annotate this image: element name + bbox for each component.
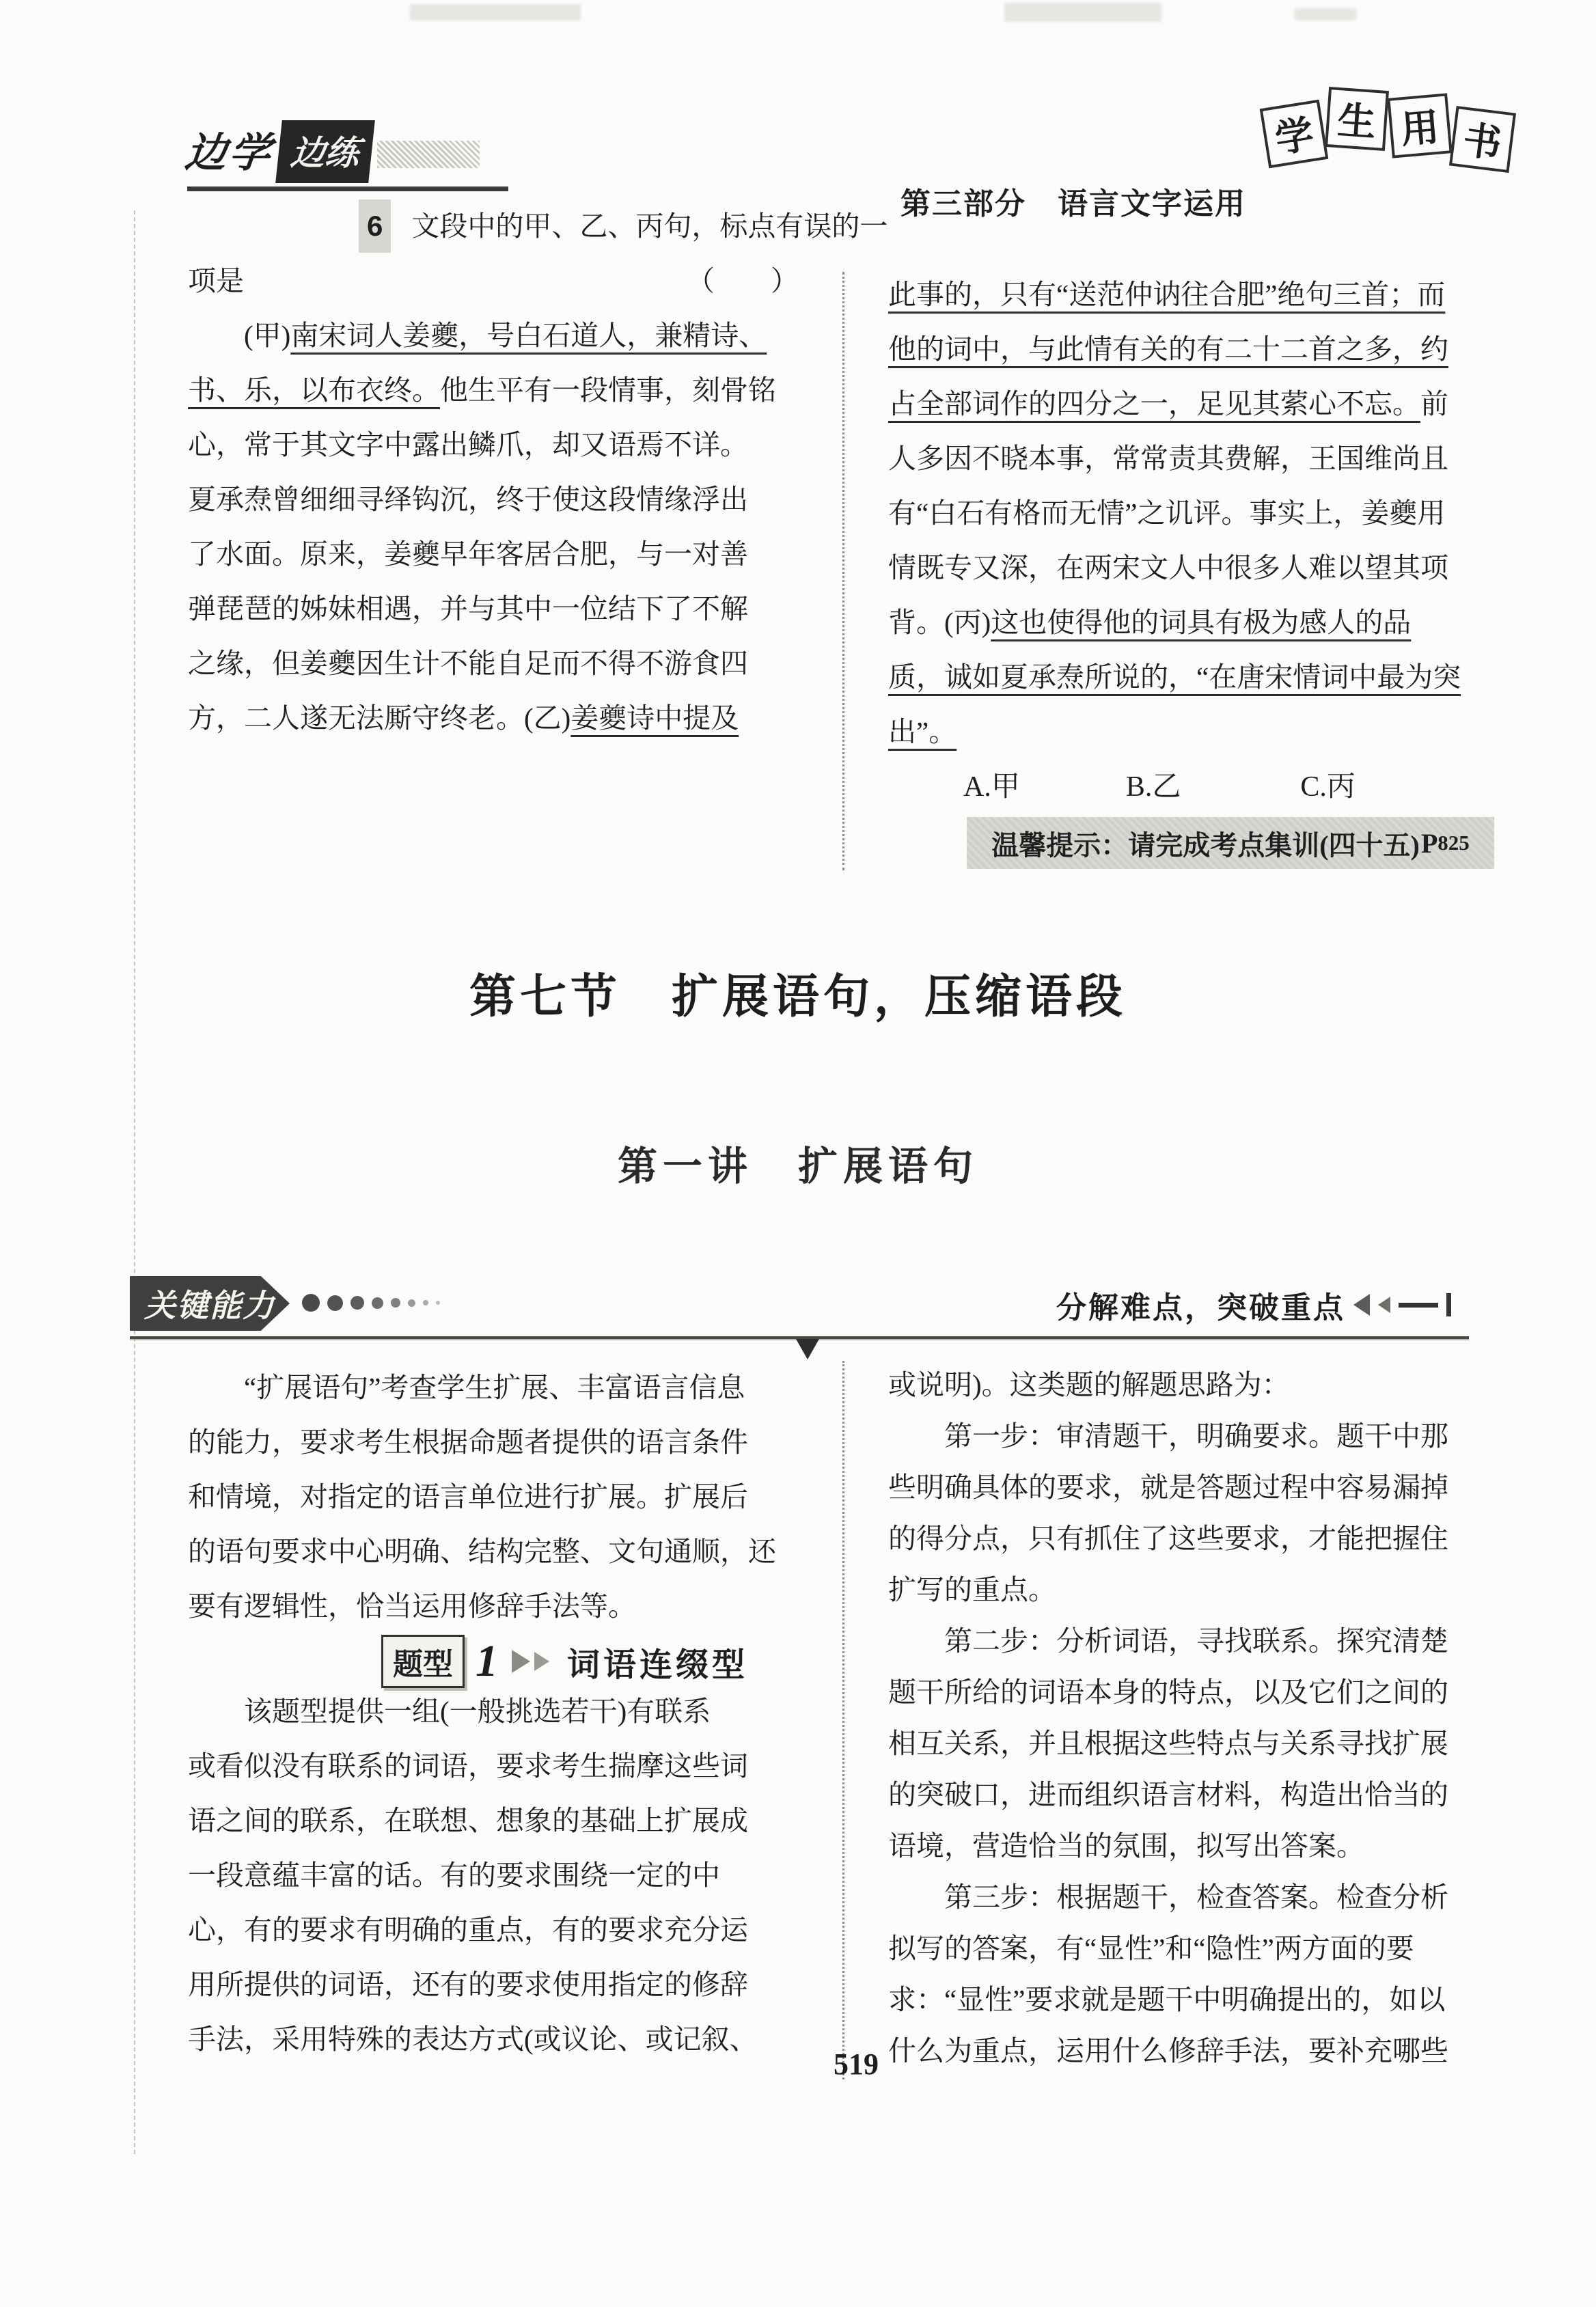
- text-line: 方，二人遂无法厮守终老。(乙)姜夔诗中提及: [188, 691, 803, 746]
- textbook-page: 第三部分 语言文字运用 学 生 用 书 边学边练 6文段中的甲、乙、丙句，标点有…: [0, 0, 1596, 2307]
- text-line: 该题型提供一组(一般挑选若干)有联系: [188, 1685, 803, 1739]
- text-segment: 第一步：审清题干，明确要求。题干中那: [888, 1420, 1448, 1452]
- text-line: 占全部词作的四分之一，足见其萦心不忘。前: [888, 377, 1503, 432]
- expand-body-left-column: 该题型提供一组(一般挑选若干)有联系或看似没有联系的词语，要求考生揣摩这些词语之…: [188, 1685, 803, 2067]
- text-segment: 或说明)。这类题的解题思路为：: [888, 1369, 1290, 1400]
- text-line: 了水面。原来，姜夔早年客居合肥，与一对善: [188, 527, 803, 582]
- question-number-badge: 6: [359, 199, 391, 253]
- scan-noise: [1004, 3, 1161, 22]
- student-book-stamp: 学 生 用 书: [1264, 85, 1517, 187]
- text-line: 语境，营造恰当的氛围，拟写出答案。: [888, 1821, 1503, 1872]
- text-line: 拟写的答案，有“显性”和“隐性”两方面的要: [888, 1923, 1503, 1974]
- text-segment: 方，二人遂无法厮守终老。(乙): [188, 702, 570, 734]
- text-line: 和情境，对指定的语言单位进行扩展。扩展后: [188, 1470, 803, 1525]
- text-line: 题干所给的词语本身的特点，以及它们之间的: [888, 1667, 1503, 1718]
- text-line: 的得分点，只有抓住了这些要求，才能把握住: [888, 1513, 1503, 1564]
- text-segment: “扩展语句”考查学生扩展、丰富语言信息: [188, 1372, 745, 1403]
- text-line: 第二步：分析词语，寻找联系。探究清楚: [888, 1616, 1503, 1667]
- text-line: 或说明)。这类题的解题思路为：: [888, 1359, 1503, 1411]
- text-line: 要有逻辑性，恰当运用修辞手法等。: [188, 1579, 803, 1634]
- text-segment: 夏承焘曾细细寻绎钩沉，终于使这段情缘浮出: [188, 484, 748, 515]
- lecture-title: 第一讲 扩展语句: [0, 1134, 1596, 1191]
- type-title: 词语连缀型: [567, 1638, 748, 1685]
- text-segment: 前: [1420, 388, 1448, 419]
- left-arrow-icon: [1378, 1297, 1390, 1313]
- text-line: 背。(丙)这也使得他的词具有极为感人的品: [888, 596, 1503, 650]
- answer-bracket: （ ）: [687, 254, 799, 307]
- text-line: 心，有的要求有明确的重点，有的要求充分运: [188, 1903, 803, 1958]
- text-segment: 拟写的答案，有“显性”和“隐性”两方面的要: [888, 1933, 1414, 1964]
- text-line: 的能力，要求考生根据命题者提供的语言条件: [188, 1415, 803, 1470]
- text-segment: 要有逻辑性，恰当运用修辞手法等。: [188, 1590, 636, 1622]
- tip-label: 温馨提示：: [991, 824, 1128, 863]
- fading-dots-icon: [302, 1294, 440, 1312]
- text-segment: 人多因不晓本事，常常责其费解，王国维尚且: [888, 443, 1448, 474]
- tip-page-ref-number: 825: [1437, 831, 1470, 855]
- text-segment: 之缘，但姜夔因生计不能自足而不得不游食四: [188, 648, 748, 679]
- underlined-text: 此事的，只有“送范仲讷往合肥”绝句三首；而: [888, 279, 1445, 310]
- text-line: 他的词中，与此情有关的有二十二首之多，约: [888, 322, 1503, 377]
- down-triangle-icon: [796, 1339, 819, 1359]
- expand-body-right-column: 或说明)。这类题的解题思路为： 第一步：审清题干，明确要求。题干中那些明确具体的…: [888, 1359, 1503, 2077]
- text-line: 些明确具体的要求，就是答题过程中容易漏掉: [888, 1462, 1503, 1513]
- practice-logo: 边学边练: [186, 120, 480, 186]
- right-arrow-icon: [534, 1652, 549, 1671]
- text-segment: 的能力，要求考生根据命题者提供的语言条件: [188, 1426, 748, 1458]
- text-line: 求：“显性”要求就是题干中明确提出的，如以: [888, 1974, 1503, 2026]
- text-line: 第三步：根据题干，检查答案。检查分析: [888, 1872, 1503, 1923]
- text-line: 手法，采用特殊的表达方式(或议论、或记叙、: [188, 2013, 803, 2067]
- text-segment: 心，有的要求有明确的重点，有的要求充分运: [188, 1914, 748, 1946]
- underlined-text: 姜夔诗中提及: [570, 702, 739, 734]
- page-number: 519: [798, 2047, 914, 2082]
- text-line: 书、乐，以布衣终。他生平有一段情事，刻骨铭: [188, 363, 803, 418]
- column-divider-bottom: [842, 1361, 844, 2080]
- practice-logo-front: 边学: [182, 120, 276, 179]
- text-line: 一段意蕴丰富的话。有的要求围绕一定的中: [188, 1849, 803, 1903]
- type-number: 1: [476, 1635, 498, 1687]
- text-line: (甲)南宋词人姜夔，号白石道人，兼精诗、: [188, 309, 803, 363]
- question-stem2-text: 项是: [188, 265, 244, 296]
- text-segment: 该题型提供一组(一般挑选若干)有联系: [188, 1696, 711, 1727]
- type-label-box: 题型: [381, 1635, 465, 1688]
- text-line: 相互关系，并且根据这些特点与关系寻找扩展: [888, 1718, 1503, 1769]
- text-segment: 求：“显性”要求就是题干中明确提出的，如以: [888, 1984, 1445, 2015]
- text-line: 的语句要求中心明确、结构完整、文句通顺，还: [188, 1525, 803, 1579]
- text-segment: 和情境，对指定的语言单位进行扩展。扩展后: [188, 1481, 748, 1512]
- text-line: 的突破口，进而组织语言材料，构造出恰当的: [888, 1769, 1503, 1821]
- underlined-text: 他的词中，与此情有关的有二十二首之多，约: [888, 333, 1448, 365]
- warm-tip-strip: 温馨提示：请完成考点集训(四十五)P825: [967, 817, 1494, 869]
- option-c: C.丙: [1300, 760, 1356, 814]
- text-segment: 用所提供的词语，还有的要求使用指定的修辞: [188, 1969, 748, 2000]
- text-segment: 背。(丙): [888, 607, 991, 638]
- text-line: 出”。: [888, 705, 1503, 760]
- text-segment: 一段意蕴丰富的话。有的要求围绕一定的中: [188, 1860, 720, 1891]
- text-segment: 手法，采用特殊的表达方式(或议论、或记叙、: [188, 2023, 758, 2055]
- text-line: 扩写的重点。: [888, 1564, 1503, 1616]
- underlined-text: 出”。: [888, 716, 957, 747]
- question-type-badge: 题型 1 词语连缀型: [381, 1630, 748, 1693]
- text-segment: 的得分点，只有抓住了这些要求，才能把握住: [888, 1523, 1448, 1554]
- text-line: 情既专又深，在两宋文人中很多人难以望其项: [888, 541, 1503, 596]
- expand-intro-column: “扩展语句”考查学生扩展、丰富语言信息的能力，要求考生根据命题者提供的语言条件和…: [188, 1361, 803, 1634]
- stamp-char-box: 书: [1449, 106, 1516, 173]
- question-stem-text: 文段中的甲、乙、丙句，标点有误的一: [411, 210, 888, 242]
- arrow-tick-icon: [1446, 1293, 1451, 1316]
- text-segment: 有“白石有格而无情”之讥评。事实上，姜夔用: [888, 497, 1445, 529]
- text-line: 心，常于其文字中露出鳞爪，却又语焉不详。: [188, 418, 803, 473]
- text-line: 第一步：审清题干，明确要求。题干中那: [888, 1411, 1503, 1462]
- text-line: 质，诚如夏承焘所说的，“在唐宋情词中最为突: [888, 650, 1503, 705]
- underlined-text: 占全部词作的四分之一，足见其萦心不忘。: [888, 388, 1420, 419]
- passage-right-column: 此事的，只有“送范仲讷往合肥”绝句三首；而他的词中，与此情有关的有二十二首之多，…: [888, 268, 1503, 760]
- banner-slogan: 分解难点，突破重点: [1056, 1283, 1345, 1327]
- text-segment: 些明确具体的要求，就是答题过程中容易漏掉: [888, 1472, 1448, 1503]
- key-ability-banner: 关键能力 分解难点，突破重点: [130, 1275, 1469, 1339]
- stamp-char-box: 学: [1260, 100, 1329, 169]
- text-segment: 题干所给的词语本身的特点，以及它们之间的: [888, 1676, 1448, 1708]
- text-segment: 语之间的联系，在联想、想象的基础上扩展成: [188, 1805, 748, 1836]
- text-segment: 的语句要求中心明确、结构完整、文句通顺，还: [188, 1536, 776, 1567]
- practice-logo-back: 边练: [275, 120, 375, 183]
- question-stem-line: 6文段中的甲、乙、丙句，标点有误的一: [188, 199, 803, 254]
- header-part-title: 第三部分 语言文字运用: [900, 179, 1246, 223]
- key-ability-badge: 关键能力: [130, 1276, 290, 1331]
- text-line: 或看似没有联系的词语，要求考生揣摩这些词: [188, 1739, 803, 1794]
- question-stem-line2: 项是 （ ）: [188, 254, 803, 309]
- underlined-text: 南宋词人姜夔，号白石道人，兼精诗、: [290, 320, 767, 351]
- logo-underline-bar: [187, 187, 508, 191]
- arrow-line-icon: [1399, 1303, 1438, 1308]
- text-segment: 第二步：分析词语，寻找联系。探究清楚: [888, 1625, 1448, 1657]
- answer-options-row: A.甲 B.乙 C.丙: [888, 760, 1489, 814]
- text-segment: 什么为重点，运用什么修辞手法，要补充哪些: [888, 2035, 1448, 2067]
- text-segment: 相互关系，并且根据这些特点与关系寻找扩展: [888, 1728, 1448, 1759]
- chapter-title: 第七节 扩展语句，压缩语段: [0, 960, 1596, 1026]
- text-segment: 心，常于其文字中露出鳞爪，却又语焉不详。: [188, 429, 748, 460]
- text-line: 之缘，但姜夔因生计不能自足而不得不游食四: [188, 637, 803, 691]
- banner-slogan-group: 分解难点，突破重点: [1056, 1283, 1451, 1327]
- tip-text: 请完成考点集训(四十五): [1128, 824, 1420, 863]
- text-segment: 或看似没有联系的词语，要求考生揣摩这些词: [188, 1750, 748, 1782]
- text-line: 什么为重点，运用什么修辞手法，要补充哪些: [888, 2026, 1503, 2077]
- text-line: 人多因不晓本事，常常责其费解，王国维尚且: [888, 432, 1503, 486]
- text-segment: 的突破口，进而组织语言材料，构造出恰当的: [888, 1779, 1448, 1810]
- text-line: 用所提供的词语，还有的要求使用指定的修辞: [188, 1958, 803, 2013]
- text-segment: 弹琵琶的姊妹相遇，并与其中一位结下了不解: [188, 593, 748, 624]
- text-segment: 扩写的重点。: [888, 1574, 1056, 1605]
- scan-noise: [410, 4, 581, 20]
- text-line: 有“白石有格而无情”之讥评。事实上，姜夔用: [888, 486, 1503, 541]
- text-line: 此事的，只有“送范仲讷往合肥”绝句三首；而: [888, 268, 1503, 322]
- text-segment: 第三步：根据题干，检查答案。检查分析: [888, 1881, 1448, 1913]
- text-segment: 了水面。原来，姜夔早年客居合肥，与一对善: [188, 538, 748, 570]
- option-b: B.乙: [1126, 760, 1181, 814]
- text-line: “扩展语句”考查学生扩展、丰富语言信息: [188, 1361, 803, 1415]
- text-line: 弹琵琶的姊妹相遇，并与其中一位结下了不解: [188, 582, 803, 637]
- left-arrow-icon: [1353, 1294, 1370, 1316]
- tip-page-ref-prefix: P: [1421, 827, 1437, 859]
- text-segment: (甲): [188, 320, 290, 351]
- text-line: 语之间的联系，在联想、想象的基础上扩展成: [188, 1794, 803, 1849]
- underlined-text: 书、乐，以布衣终。: [188, 374, 440, 406]
- passage-left-column: (甲)南宋词人姜夔，号白石道人，兼精诗、书、乐，以布衣终。他生平有一段情事，刻骨…: [188, 309, 803, 746]
- stamp-char-box: 生: [1325, 87, 1389, 151]
- speckle-texture-icon: [377, 141, 480, 168]
- text-line: 夏承焘曾细细寻绎钩沉，终于使这段情缘浮出: [188, 473, 803, 527]
- text-segment: 语境，营造恰当的氛围，拟写出答案。: [888, 1830, 1364, 1862]
- underlined-text: 这也使得他的词具有极为感人的品: [991, 607, 1411, 638]
- stamp-char-box: 用: [1387, 93, 1452, 158]
- question-6: 6文段中的甲、乙、丙句，标点有误的一 项是 （ ）: [188, 199, 803, 309]
- text-segment: 情既专又深，在两宋文人中很多人难以望其项: [888, 552, 1448, 583]
- text-segment: 他生平有一段情事，刻骨铭: [440, 374, 776, 406]
- right-arrow-icon: [512, 1650, 530, 1673]
- column-divider-top: [842, 272, 844, 870]
- option-a: A.甲: [963, 760, 1020, 814]
- scan-noise: [1295, 8, 1356, 20]
- underlined-text: 质，诚如夏承焘所说的，“在唐宋情词中最为突: [888, 661, 1461, 693]
